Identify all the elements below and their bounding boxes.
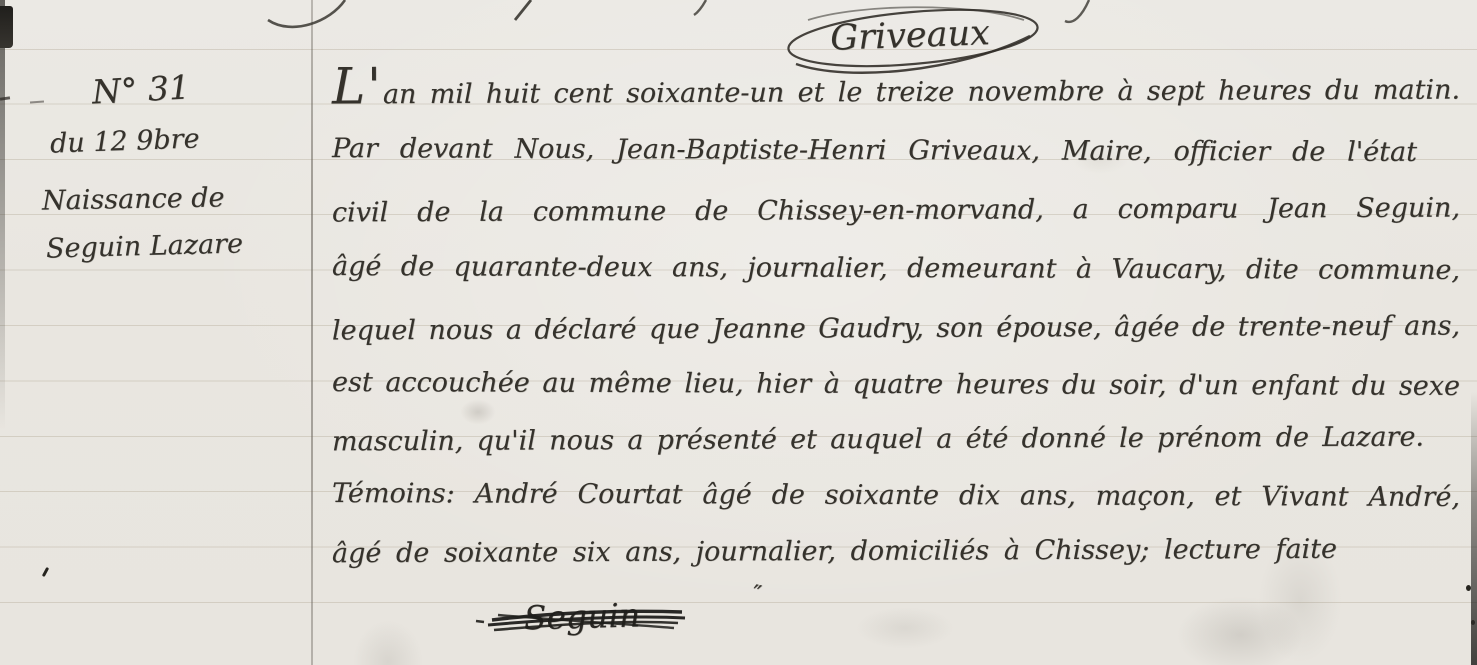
ink-speck — [42, 567, 49, 577]
record-line-2: Par devant Nous, Jean-Baptiste-Henri Gri… — [332, 129, 1417, 175]
record-line-9: âgé de soixante six ans, journalier, dom… — [332, 530, 1337, 576]
margin-name-note: Seguin Lazare — [46, 228, 244, 264]
left-edge-ink-dash — [0, 96, 10, 100]
right-edge-ink-dot — [1466, 585, 1471, 591]
margin-event-note: Naissance de — [42, 182, 225, 216]
margin-date-note: du 12 9bre — [50, 123, 201, 159]
record-line-8: Témoins: André Courtat âgé de soixante d… — [332, 474, 1460, 520]
left-edge-ink-dash — [30, 101, 44, 104]
record-line-7: masculin, qu'il nous a présenté et auque… — [332, 418, 1424, 465]
record-line-3: civil de la commune de Chissey-en-morvan… — [332, 189, 1460, 236]
cutoff-pen-strokes — [0, 0, 1477, 70]
document-page: Griveaux N° 31 du 12 9bre Naissance de S… — [0, 0, 1477, 665]
ditto-mark: ″ — [749, 579, 764, 608]
right-edge-ink-dot — [1471, 620, 1475, 625]
mayor-signature: Griveaux — [799, 12, 1020, 60]
struck-signature: Seguin — [492, 595, 673, 639]
record-line-5: lequel nous a déclaré que Jeanne Gaudry,… — [332, 307, 1460, 354]
left-edge-shadow — [0, 0, 5, 430]
record-line-4: âgé de quarante-deux ans, journalier, de… — [332, 247, 1460, 293]
ruled-guide-line — [0, 49, 1477, 50]
margin-rule-line — [311, 0, 313, 665]
record-line-1: L'an mil huit cent soixante-un et le tre… — [332, 64, 1460, 111]
margin-record-number: N° 31 — [91, 67, 191, 111]
top-left-corner-mark — [0, 6, 13, 48]
record-line-6: est accouchée au même lieu, hier à quatr… — [332, 363, 1460, 409]
